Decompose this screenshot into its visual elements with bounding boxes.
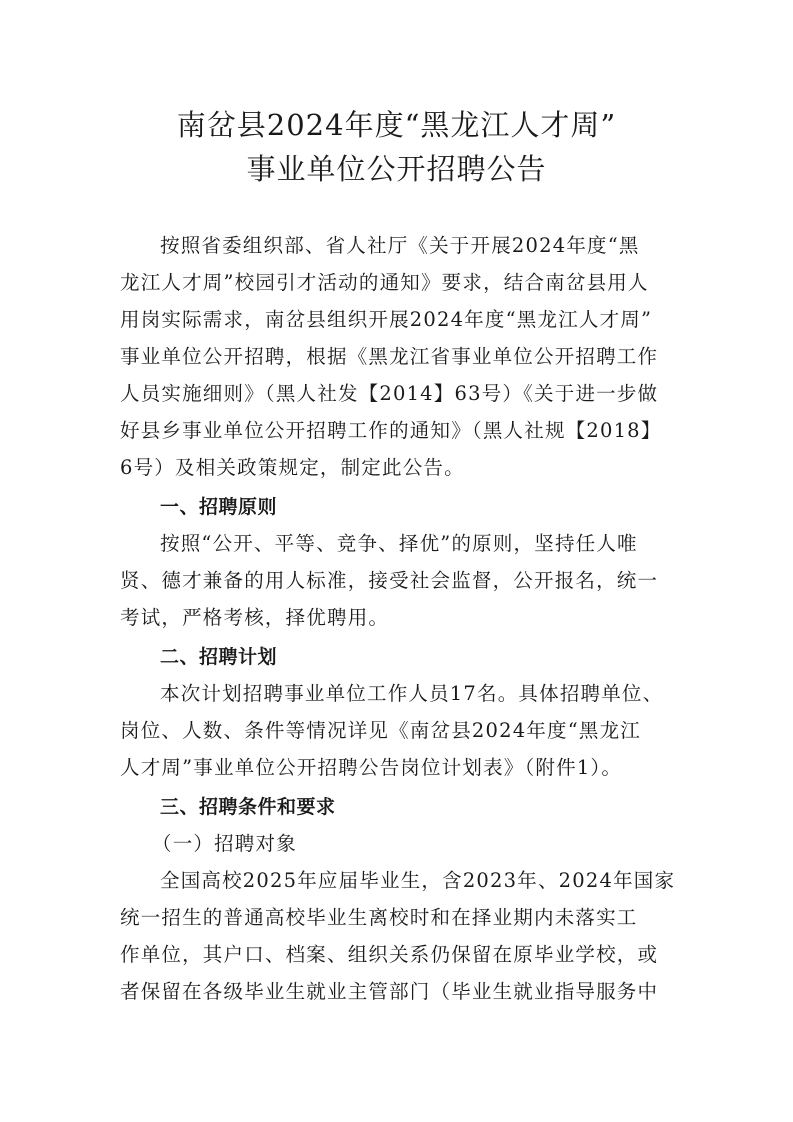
section-paragraph-line: 人才周”事业单位公开招聘公告岗位计划表》（附件1）。 [120,756,680,780]
document-title-line-2: 事业单位公开招聘公告 [0,147,793,188]
section-paragraph-line: 者保留在各级毕业生就业主管部门（毕业生就业指导服务中 [120,980,680,1004]
section-heading-conditions: 三、招聘条件和要求 [160,795,680,819]
intro-paragraph-line: 人员实施细则》（黑人社发【2014】63号）《关于进一步做 [120,382,680,406]
section-paragraph-line: 本次计划招聘事业单位工作人员17名。具体招聘单位、 [160,682,680,706]
intro-paragraph-line: 按照省委组织部、省人社厅《关于开展2024年度“黑 [160,234,680,258]
section-paragraph-line: 按照“公开、平等、竞争、择优”的原则，坚持任人唯 [160,532,680,556]
section-paragraph-line: 考试，严格考核，择优聘用。 [120,606,680,630]
section-paragraph-line: 岗位、人数、条件等情况详见《南岔县2024年度“黑龙江 [120,719,680,743]
intro-paragraph-line: 6号）及相关政策规定，制定此公告。 [120,456,680,480]
intro-paragraph-line: 用岗实际需求，南岔县组织开展2024年度“黑龙江人才周” [120,308,680,332]
section-heading-principles: 一、招聘原则 [160,495,680,519]
intro-paragraph-line: 龙江人才周”校园引才活动的通知》要求，结合南岔县用人 [120,271,680,295]
section-paragraph-line: 作单位，其户口、档案、组织关系仍保留在原毕业学校，或 [120,943,680,967]
intro-paragraph-line: 好县乡事业单位公开招聘工作的通知》（黑人社规【2018】 [120,419,680,443]
section-paragraph-line: 统一招生的普通高校毕业生离校时和在择业期内未落实工 [120,906,680,930]
section-paragraph-line: 全国高校2025年应届毕业生，含2023年、2024年国家 [160,869,680,893]
subsection-heading-target: （一）招聘对象 [152,832,712,856]
section-heading-plan: 二、招聘计划 [160,645,680,669]
document-page: 南岔县2024年度“黑龙江人才周” 事业单位公开招聘公告 按照省委组织部、省人社… [0,0,793,1122]
document-title-line-1: 南岔县2024年度“黑龙江人才周” [0,103,793,144]
intro-paragraph-line: 事业单位公开招聘，根据《黑龙江省事业单位公开招聘工作 [120,345,680,369]
section-paragraph-line: 贤、德才兼备的用人标准，接受社会监督，公开报名，统一 [120,569,680,593]
